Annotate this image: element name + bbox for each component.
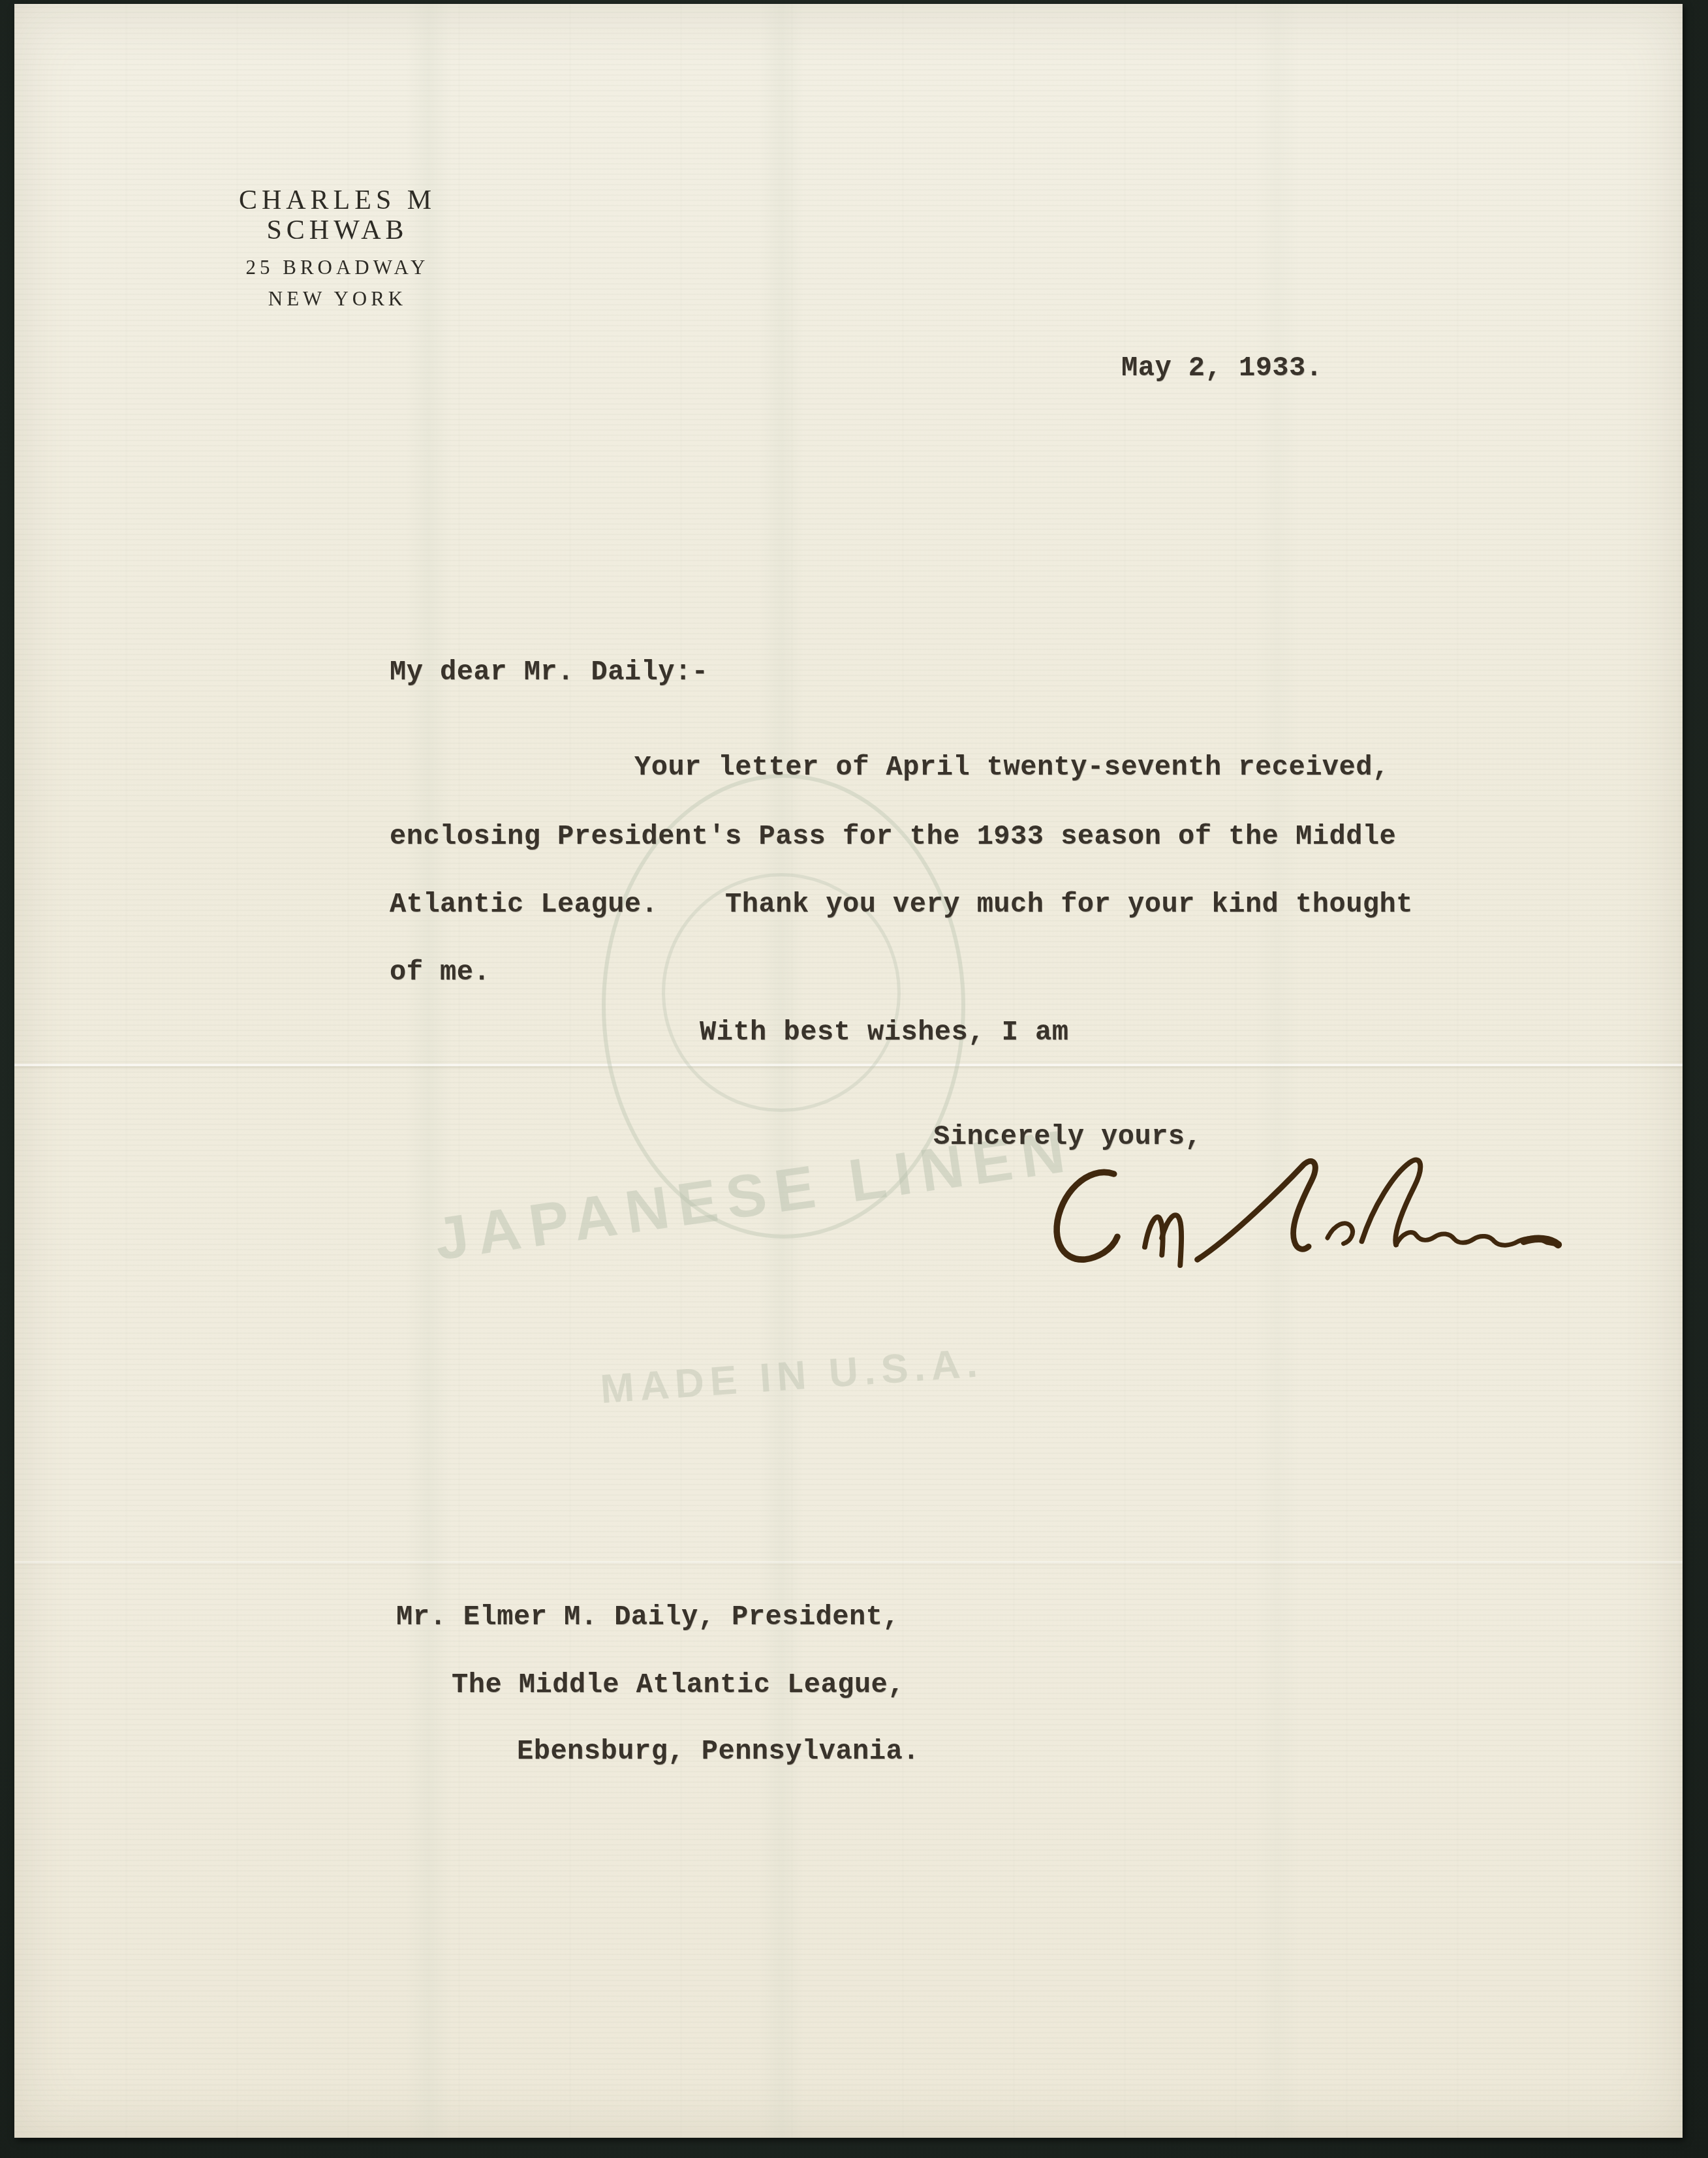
letter-date: May 2, 1933. xyxy=(1121,352,1322,384)
paper-crease-vertical xyxy=(1254,4,1300,2138)
letterhead: CHARLES M SCHWAB 25 BROADWAY NEW YORK xyxy=(163,185,512,311)
body-line-5: With best wishes, I am xyxy=(700,1017,1069,1048)
scan-background: JAPANESE LINEN MADE IN U.S.A. CHARLES M … xyxy=(0,0,1708,2158)
fold-line-upper xyxy=(14,1064,1683,1066)
paper-crease-vertical xyxy=(406,4,452,2138)
letter-paper: JAPANESE LINEN MADE IN U.S.A. CHARLES M … xyxy=(14,4,1683,2138)
recipient-city-line: Ebensburg, Pennsylvania. xyxy=(517,1736,920,1767)
schwab-signature xyxy=(1025,1151,1589,1288)
letterhead-street: 25 BROADWAY xyxy=(163,256,512,279)
letterhead-city: NEW YORK xyxy=(163,287,512,311)
body-line-1: Your letter of April twenty-seventh rece… xyxy=(634,752,1390,783)
salutation: My dear Mr. Daily:- xyxy=(390,656,708,688)
paper-texture xyxy=(14,4,1683,2138)
watermark-origin-text: MADE IN U.S.A. xyxy=(599,1340,985,1413)
body-line-4: of me. xyxy=(390,957,490,988)
recipient-org-line: The Middle Atlantic League, xyxy=(452,1669,905,1701)
fold-line-lower xyxy=(14,1561,1683,1564)
letterhead-name: CHARLES M SCHWAB xyxy=(163,185,512,245)
body-line-2: enclosing President's Pass for the 1933 … xyxy=(390,821,1396,852)
recipient-name-line: Mr. Elmer M. Daily, President, xyxy=(396,1601,899,1633)
body-line-3: Atlantic League. Thank you very much for… xyxy=(390,889,1413,920)
closing-phrase: Sincerely yours, xyxy=(933,1121,1202,1152)
paper-crease-vertical xyxy=(758,4,804,2138)
